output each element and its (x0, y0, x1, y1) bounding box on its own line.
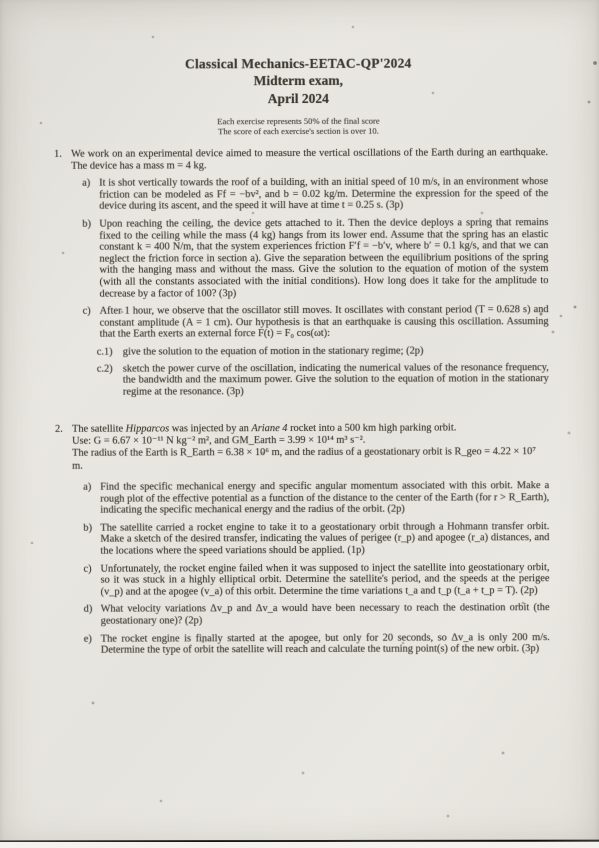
problem-2-intro-pre: The satellite (72, 424, 126, 435)
problem-2-item-c: c) Unfortunately, the rocket engine fail… (57, 562, 549, 598)
problem-1-item-c2: c.2) sketch the power curve of the oscil… (57, 362, 549, 398)
scan-content: Classical Mechanics-EETAC-QP'2024 Midter… (0, 0, 599, 848)
problem-1-intro: 1. We work on an experimental device aim… (56, 147, 548, 172)
problem-2-item-c-text: Unfortunately, the rocket engine failed … (100, 562, 549, 598)
problem-1-item-c: c) After 1 hour, we observe that the osc… (57, 304, 549, 340)
problem-2-item-a-label: a) (83, 482, 91, 494)
exam-body: 1. We work on an experimental device aim… (56, 147, 550, 683)
problem-2-item-e: e) The rocket engine is finally started … (58, 632, 550, 657)
problem-2-item-d-label: d) (84, 604, 93, 616)
problem-2-item-e-text: The rocket engine is finally started at … (101, 632, 550, 656)
problem-2: 2. The satellite Hipparcos was injected … (57, 422, 550, 656)
problem-2-items: a) Find the specific mechanical energy a… (57, 480, 550, 656)
problem-2-item-d-text: What velocity variations Δv_p and Δv_a w… (101, 603, 550, 627)
problem-2-item-b-text: The satellite carried a rocket engine to… (100, 521, 549, 557)
exam-note-scoring: The score of each exercise's section is … (0, 125, 598, 138)
problem-2-item-e-label: e) (84, 633, 92, 645)
problem-2-intro: 2. The satellite Hipparcos was injected … (57, 422, 549, 435)
problem-1-item-b: b) Upon reaching the ceiling, the device… (56, 217, 548, 300)
problem-2-item-a: a) Find the specific mechanical energy a… (57, 480, 549, 516)
exam-title: Classical Mechanics-EETAC-QP'2024 (0, 54, 598, 73)
problem-1-item-c-label: c) (83, 306, 91, 318)
problem-1-items: a) It is shot vertically towards the roo… (56, 176, 549, 398)
problem-1-item-c1: c.1) give the solution to the equation o… (57, 345, 549, 358)
problem-1-number: 1. (54, 149, 62, 161)
exam-date: April 2024 (0, 88, 598, 107)
problem-1-intro-text: We work on an experimental device aimed … (71, 147, 548, 171)
problem-2-intro-post: rocket into a 500 km high parking orbit. (287, 423, 456, 435)
problem-2-item-d: d) What velocity variations Δv_p and Δv_… (58, 603, 550, 628)
problem-2-constants: Use: G = 6.67 × 10⁻¹¹ N kg⁻² m², and GM_… (57, 434, 549, 473)
problem-1: 1. We work on an experimental device aim… (56, 147, 549, 398)
problem-1-item-b-label: b) (82, 219, 91, 231)
problem-2-item-c-label: c) (83, 563, 91, 575)
satellite-name: Hipparcos (126, 424, 170, 435)
problem-2-item-a-text: Find the specific mechanical energy and … (100, 480, 549, 516)
problem-1-item-c2-label: c.2) (97, 363, 113, 375)
problem-1-item-a-label: a) (82, 178, 90, 190)
scanner-background-strip (0, 842, 599, 848)
exam-header: Classical Mechanics-EETAC-QP'2024 Midter… (0, 0, 598, 138)
problem-1-item-c1-text: give the solution to the equation of mot… (123, 345, 424, 357)
scan-noise-speckles (0, 0, 2, 2)
exam-notes: Each exercise represents 50% of the fina… (0, 115, 598, 138)
problem-1-item-c2-text: sketch the power curve of the oscillatio… (123, 362, 549, 398)
problem-1-item-c-text: After 1 hour, we observe that the oscill… (100, 304, 549, 340)
rocket-name: Ariane 4 (251, 423, 287, 434)
problem-1-item-a: a) It is shot vertically towards the roo… (56, 176, 548, 212)
exam-subtitle: Midterm exam, (0, 71, 598, 90)
problem-2-item-b-label: b) (83, 523, 92, 535)
problem-2-item-b: b) The satellite carried a rocket engine… (57, 521, 549, 557)
problem-2-number: 2. (55, 424, 63, 436)
problem-1-item-c1-label: c.1) (97, 347, 113, 359)
problem-1-item-a-text: It is shot vertically towards the roof o… (99, 176, 548, 212)
problem-1-item-b-text: Upon reaching the ceiling, the device ge… (99, 217, 548, 299)
problem-2-intro-mid: was injected by an (169, 423, 251, 434)
problem-2-constants-line2: The radius of the Earth is R_Earth = 6.3… (72, 446, 549, 472)
scanned-exam-page: Classical Mechanics-EETAC-QP'2024 Midter… (0, 0, 599, 848)
